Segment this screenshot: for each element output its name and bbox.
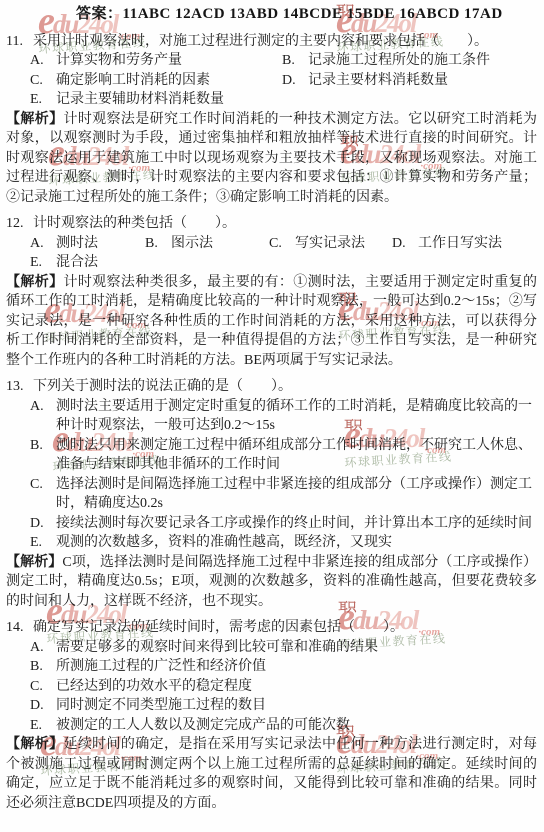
option-b: B.所测施工过程的广泛性和经济价值: [30, 657, 537, 677]
option-label: A.: [30, 51, 56, 71]
question-stem: 计时观察法的种类包括（ ）。: [33, 214, 537, 234]
analysis-text: 计时观察法种类很多，最主要的有：①测时法，主要适用于测定定时重复的循环工作的工时…: [6, 275, 537, 368]
option-label: A.: [30, 397, 56, 436]
option-text: 图示法: [171, 236, 213, 251]
option-e: E.观测的次数越多，资料的准确性越高，既经济，又现实: [30, 533, 537, 553]
option-label: E.: [30, 533, 56, 553]
option-text: 测时法主要适用于测定定时重复的循环工作的工时消耗，是精确度比较高的一种计时观察法…: [56, 397, 537, 436]
option-text: 观测的次数越多，资料的准确性越高，既经济，又现实: [56, 533, 537, 553]
option-text: 记录施工过程所处的施工条件: [308, 53, 490, 68]
question-number: 12.: [6, 214, 33, 234]
option-label: B.: [30, 436, 56, 475]
document-content: 答案：11ABC 12ACD 13ABD 14BCDE 15BDE 16ABCD…: [6, 5, 537, 813]
analysis-label: 【解析】: [6, 275, 63, 290]
option-e: E.混合法: [30, 253, 98, 273]
analysis-text: 计时观察法是研究工作时间消耗的一种技术测定方法。它以研究工时消耗为对象，以观察测…: [6, 112, 537, 205]
option-label: E.: [30, 90, 56, 110]
option-a: A.需要足够多的观察时间来得到比较可靠和准确的结果: [30, 638, 537, 658]
option-text: 接续法测时每次要记录各工序或操作的终止时间，并计算出本工序的延续时间: [56, 514, 537, 534]
option-a: A.计算实物和劳务产量: [30, 51, 282, 71]
option-text: 确定影响工时消耗的因素: [56, 73, 210, 88]
option-row: E.混合法: [30, 253, 537, 273]
analysis: 【解析】计时观察法是研究工作时间消耗的一种技术测定方法。它以研究工时消耗为对象，…: [6, 110, 537, 208]
option-label: B.: [30, 657, 56, 677]
option-label: B.: [145, 234, 171, 254]
option-b: B.测时法只用来测定施工过程中循环组成部分工作时间消耗，不研究工人休息、准备与结…: [30, 436, 537, 475]
question-stem-row: 12. 计时观察法的种类包括（ ）。: [6, 214, 537, 234]
option-text: 选择法测时是间隔选择施工过程中非紧连接的组成部分（工序或操作）测定工时，精确度达…: [56, 475, 537, 514]
option-a: A.测时法主要适用于测定定时重复的循环工作的工时消耗，是精确度比较高的一种计时观…: [30, 397, 537, 436]
options-list: A.测时法主要适用于测定定时重复的循环工作的工时消耗，是精确度比较高的一种计时观…: [30, 397, 537, 553]
option-label: C.: [30, 677, 56, 697]
option-text: 记录主要材料消耗数量: [308, 73, 448, 88]
option-text: 测时法: [56, 236, 98, 251]
option-c: C.写实记录法: [269, 234, 392, 254]
answers-label: 答案：: [76, 6, 123, 22]
option-label: D.: [392, 234, 418, 254]
analysis: 【解析】C项，选择法测时是间隔选择施工过程中非紧连接的组成部分（工序或操作）测定…: [6, 553, 537, 612]
analysis: 【解析】延续时间的确定，是指在采用写实记录法中任何一种方法进行测定时，对每个被测…: [6, 735, 537, 813]
option-label: C.: [30, 475, 56, 514]
option-b: B.图示法: [145, 234, 269, 254]
option-text: 写实记录法: [295, 236, 365, 251]
question-12: 12. 计时观察法的种类包括（ ）。 A.测时法B.图示法C.写实记录法D.工作…: [6, 214, 537, 370]
option-a: A.测时法: [30, 234, 145, 254]
option-text: 测时法只用来测定施工过程中循环组成部分工作时间消耗，不研究工人休息、准备与结束即…: [56, 436, 537, 475]
option-text: 所测施工过程的广泛性和经济价值: [56, 657, 537, 677]
answers-line: 答案：11ABC 12ACD 13ABD 14BCDE 15BDE 16ABCD…: [6, 5, 537, 25]
question-stem: 下列关于测时法的说法正确的是（ ）。: [33, 377, 537, 397]
analysis-label: 【解析】: [6, 737, 63, 752]
option-text: 被测定的工人人数以及测定完成产品的可能次数: [56, 716, 537, 736]
analysis-text: C项，选择法测时是间隔选择施工过程中非紧连接的组成部分（工序或操作）测定工时，精…: [6, 555, 537, 609]
analysis: 【解析】计时观察法种类很多，最主要的有：①测时法，主要适用于测定定时重复的循环工…: [6, 273, 537, 371]
question-stem: 采用计时观察法时，对施工过程进行测定的主要内容和要求包括（ ）。: [33, 32, 537, 52]
question-11: 11. 采用计时观察法时，对施工过程进行测定的主要内容和要求包括（ ）。 A.计…: [6, 32, 537, 208]
option-row: C.确定影响工时消耗的因素D.记录主要材料消耗数量: [30, 71, 537, 91]
option-row: E.记录主要辅助材料消耗数量: [30, 90, 537, 110]
option-label: B.: [282, 51, 308, 71]
option-text: 已经达到的功效水平的稳定程度: [56, 677, 537, 697]
option-text: 同时测定不同类型施工过程的数目: [56, 696, 537, 716]
option-text: 混合法: [56, 255, 98, 270]
option-label: D.: [282, 71, 308, 91]
option-text: 工作日写实法: [418, 236, 502, 251]
options-list: A.需要足够多的观察时间来得到比较可靠和准确的结果 B.所测施工过程的广泛性和经…: [30, 638, 537, 736]
option-text: 计算实物和劳务产量: [56, 53, 182, 68]
option-label: D.: [30, 696, 56, 716]
option-label: C.: [269, 234, 295, 254]
question-stem-row: 11. 采用计时观察法时，对施工过程进行测定的主要内容和要求包括（ ）。: [6, 32, 537, 52]
question-number: 14.: [6, 618, 33, 638]
document-page: edu24ol·com环球职业教育在线 耳只edu24ol·com环球职业教育在…: [0, 0, 544, 832]
option-c: C.已经达到的功效水平的稳定程度: [30, 677, 537, 697]
question-number: 11.: [6, 32, 33, 52]
question-stem-row: 13. 下列关于测时法的说法正确的是（ ）。: [6, 377, 537, 397]
option-label: C.: [30, 71, 56, 91]
option-d: D.同时测定不同类型施工过程的数目: [30, 696, 537, 716]
option-b: B.记录施工过程所处的施工条件: [282, 51, 490, 71]
option-d: D.工作日写实法: [392, 234, 502, 254]
analysis-label: 【解析】: [6, 555, 62, 570]
option-label: E.: [30, 253, 56, 273]
question-14: 14. 确定写实记录法的延续时间时，需考虑的因素包括（ ）。 A.需要足够多的观…: [6, 618, 537, 813]
option-c: C.确定影响工时消耗的因素: [30, 71, 282, 91]
analysis-label: 【解析】: [6, 112, 63, 127]
question-stem: 确定写实记录法的延续时间时，需考虑的因素包括（ ）。: [33, 618, 537, 638]
analysis-text: 延续时间的确定，是指在采用写实记录法中任何一种方法进行测定时，对每个被测施工过程…: [6, 737, 537, 811]
option-c: C.选择法测时是间隔选择施工过程中非紧连接的组成部分（工序或操作）测定工时，精确…: [30, 475, 537, 514]
option-e: E.记录主要辅助材料消耗数量: [30, 90, 224, 110]
option-label: D.: [30, 514, 56, 534]
option-d: D.接续法测时每次要记录各工序或操作的终止时间，并计算出本工序的延续时间: [30, 514, 537, 534]
answers-values: 11ABC 12ACD 13ABD 14BCDE 15BDE 16ABCD 17…: [123, 6, 503, 22]
option-row: A.计算实物和劳务产量B.记录施工过程所处的施工条件: [30, 51, 537, 71]
option-text: 需要足够多的观察时间来得到比较可靠和准确的结果: [56, 638, 537, 658]
question-stem-row: 14. 确定写实记录法的延续时间时，需考虑的因素包括（ ）。: [6, 618, 537, 638]
option-label: E.: [30, 716, 56, 736]
option-label: A.: [30, 234, 56, 254]
option-row: A.测时法B.图示法C.写实记录法D.工作日写实法: [30, 234, 537, 254]
option-e: E.被测定的工人人数以及测定完成产品的可能次数: [30, 716, 537, 736]
option-d: D.记录主要材料消耗数量: [282, 71, 448, 91]
option-text: 记录主要辅助材料消耗数量: [56, 92, 224, 107]
option-label: A.: [30, 638, 56, 658]
question-13: 13. 下列关于测时法的说法正确的是（ ）。 A.测时法主要适用于测定定时重复的…: [6, 377, 537, 611]
question-number: 13.: [6, 377, 33, 397]
